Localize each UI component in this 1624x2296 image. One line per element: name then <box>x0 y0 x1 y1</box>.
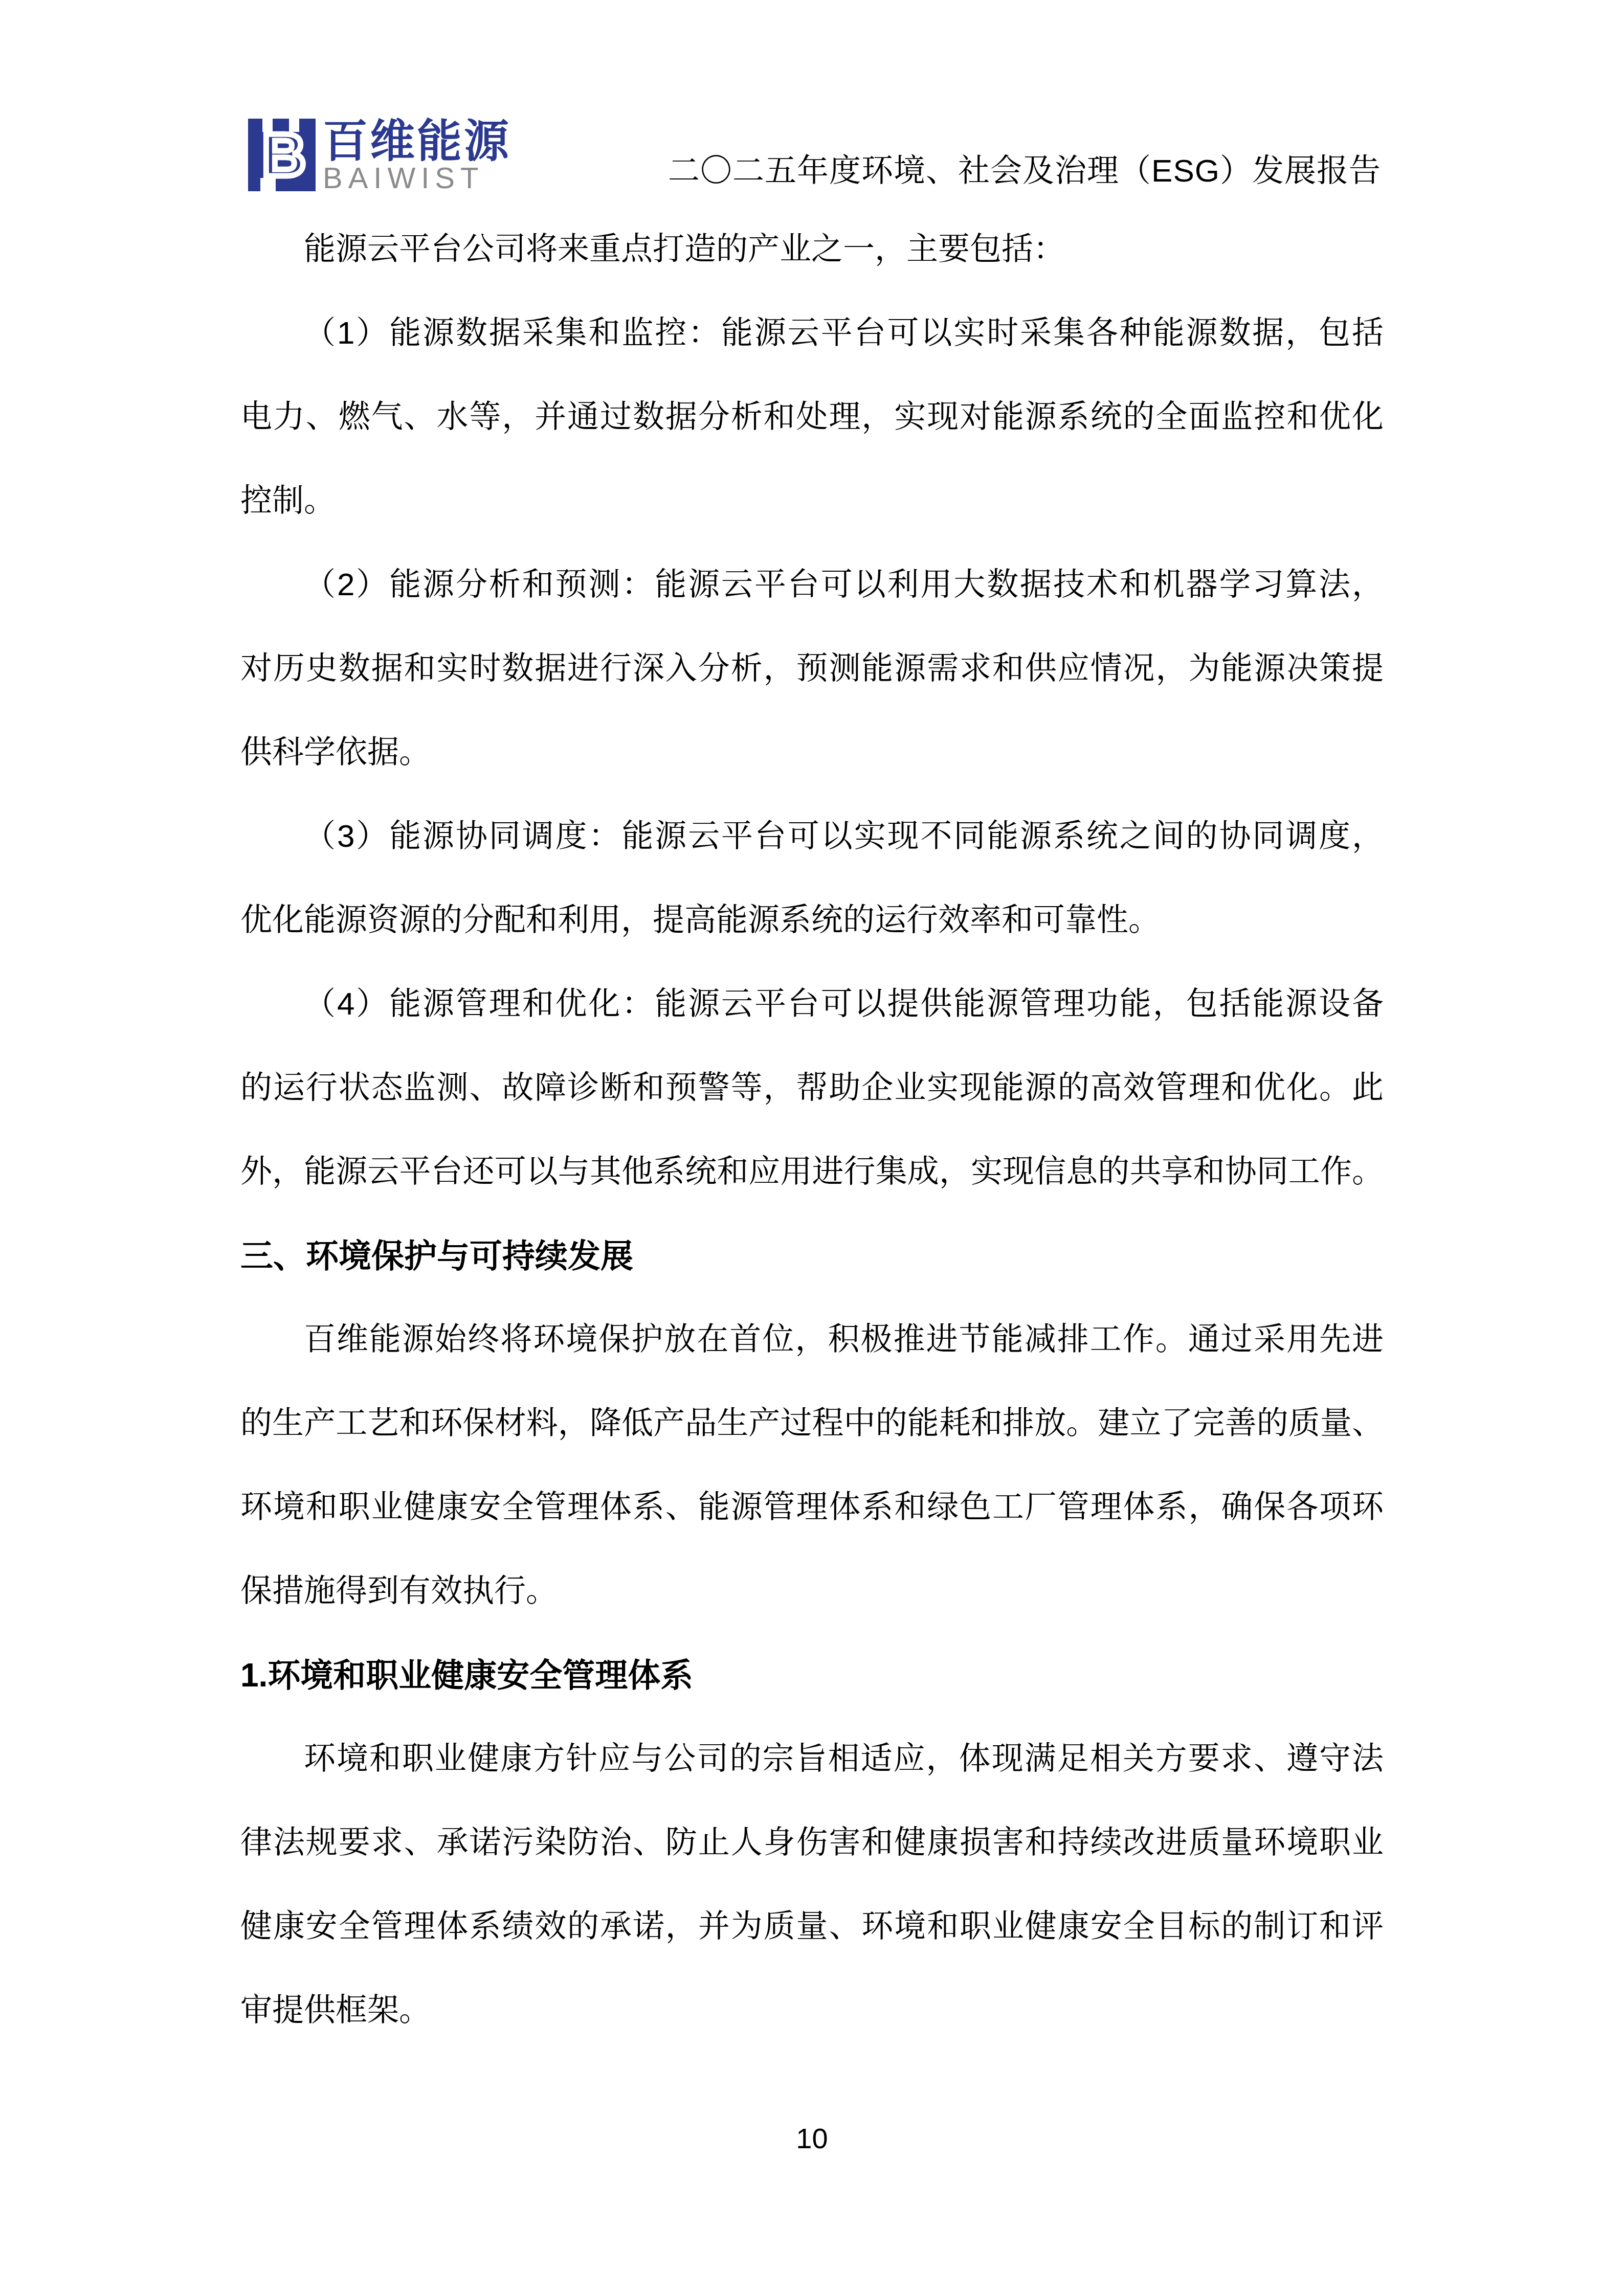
text-line: 供科学依据。 <box>240 711 1384 795</box>
text-line: 能源云平台公司将来重点打造的产业之一，主要包括： <box>240 208 1384 291</box>
text-line: （3）能源协同调度：能源云平台可以实现不同能源系统之间的协同调度， <box>240 795 1384 879</box>
section-heading: 1.环境和职业健康安全管理体系 <box>240 1633 1384 1717</box>
company-logo-icon: B <box>248 119 316 191</box>
text-line: 审提供框架。 <box>240 1969 1384 2053</box>
text-line: （4）能源管理和优化：能源云平台可以提供能源管理功能，包括能源设备 <box>240 962 1384 1046</box>
text-line: 百维能源始终将环境保护放在首位，积极推进节能减排工作。通过采用先进 <box>240 1298 1384 1382</box>
company-name-en: BAIWIST <box>323 164 511 193</box>
body-text: 能源云平台公司将来重点打造的产业之一，主要包括：（1）能源数据采集和监控：能源云… <box>240 208 1384 2053</box>
company-logo-text: 百维能源 BAIWIST <box>323 119 511 193</box>
text-line: 控制。 <box>240 459 1384 543</box>
text-line: 保措施得到有效执行。 <box>240 1549 1384 1633</box>
company-logo: B 百维能源 BAIWIST <box>248 119 511 193</box>
text-line: 外，能源云平台还可以与其他系统和应用进行集成，实现信息的共享和协同工作。 <box>240 1130 1384 1214</box>
text-line: 健康安全管理体系绩效的承诺，并为质量、环境和职业健康安全目标的制订和评 <box>240 1885 1384 1969</box>
text-line: 律法规要求、承诺污染防治、防止人身伤害和健康损害和持续改进质量环境职业 <box>240 1801 1384 1885</box>
document-page: B 百维能源 BAIWIST 二〇二五年度环境、社会及治理（ESG）发展报告 能… <box>0 0 1624 2296</box>
text-line: 优化能源资源的分配和利用，提高能源系统的运行效率和可靠性。 <box>240 879 1384 962</box>
company-name-zh: 百维能源 <box>323 119 511 164</box>
text-line: （1）能源数据采集和监控：能源云平台可以实时采集各种能源数据，包括 <box>240 291 1384 375</box>
text-line: 对历史数据和实时数据进行深入分析，预测能源需求和供应情况，为能源决策提 <box>240 627 1384 711</box>
text-line: 的生产工艺和环保材料，降低产品生产过程中的能耗和排放。建立了完善的质量、 <box>240 1382 1384 1466</box>
text-line: 的运行状态监测、故障诊断和预警等，帮助企业实现能源的高效管理和优化。此 <box>240 1046 1384 1130</box>
text-line: 电力、燃气、水等，并通过数据分析和处理，实现对能源系统的全面监控和优化 <box>240 375 1384 459</box>
page-number: 10 <box>0 2122 1624 2155</box>
text-line: （2）能源分析和预测：能源云平台可以利用大数据技术和机器学习算法， <box>240 543 1384 627</box>
svg-text:B: B <box>262 122 305 189</box>
report-title: 二〇二五年度环境、社会及治理（ESG）发展报告 <box>668 154 1381 188</box>
text-line: 环境和职业健康安全管理体系、能源管理体系和绿色工厂管理体系，确保各项环 <box>240 1466 1384 1549</box>
section-heading: 三、环境保护与可持续发展 <box>240 1214 1384 1298</box>
text-line: 环境和职业健康方针应与公司的宗旨相适应，体现满足相关方要求、遵守法 <box>240 1717 1384 1801</box>
